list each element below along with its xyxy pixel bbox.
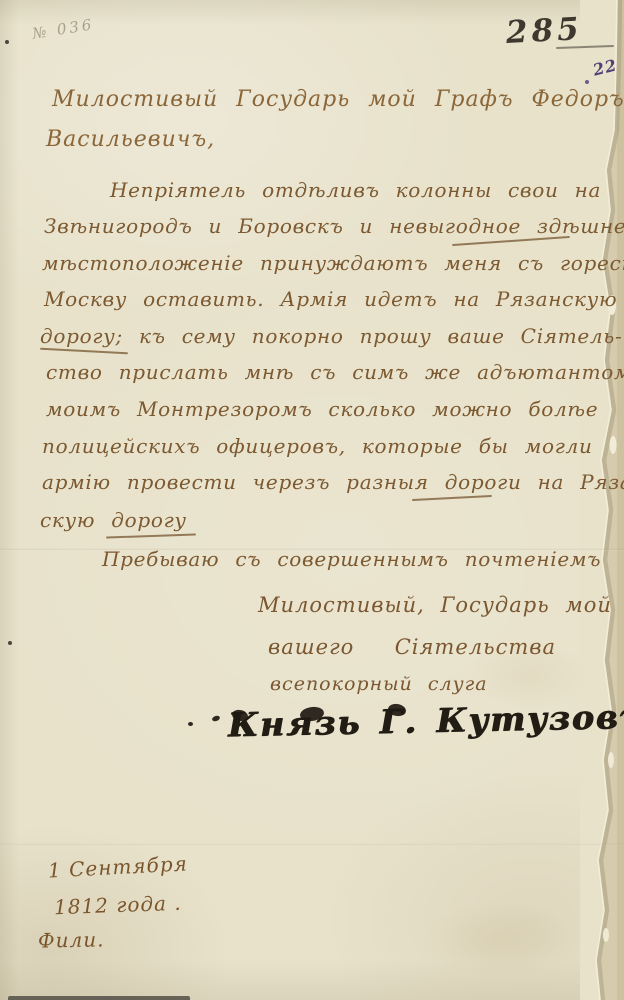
salutation-line: Милостивый Государь мой Графъ Федоръ: [52, 86, 586, 114]
speck: [8, 641, 12, 645]
fold-line: [0, 843, 624, 846]
valediction-line: вашего Сіятельства: [268, 634, 556, 660]
valediction-line: Милостивый, Государь мой: [258, 592, 564, 618]
body-line: скую дорогу: [40, 508, 187, 533]
date-line: 1 Сентября: [47, 851, 188, 883]
underline-stroke: [412, 495, 492, 501]
body-line: полицейскихъ офицеровъ, которые бы могли: [42, 434, 586, 459]
closing-line: Пребываю съ совершеннымъ почтеніемъ: [102, 547, 590, 572]
body-line: армію провести черезъ разныя дороги на Р…: [42, 470, 590, 495]
body-line: мѣстоположеніе принуждаютъ меня съ горес…: [42, 251, 588, 276]
speck: [5, 40, 9, 44]
date-line: Фили.: [38, 927, 105, 953]
body-line: моимъ Монтрезоромъ сколько можно болѣе: [46, 397, 584, 422]
ink-blot: [211, 715, 220, 722]
stain: [420, 900, 580, 980]
body-line: Непріятель отдѣливъ колонны свои на: [110, 178, 588, 203]
ink-blot: [188, 722, 193, 726]
torn-paper-edge: [580, 0, 624, 1000]
body-line: дорогу; къ сему покорно прошу ваше Сіяте…: [40, 324, 588, 349]
date-line: 1812 года .: [54, 891, 183, 920]
body-line: Звѣнигородъ и Боровскъ и невыгодное здѣш…: [44, 214, 586, 239]
body-line: ство прислать мнѣ съ симъ же адъютантомъ: [46, 360, 586, 385]
manuscript-page: № 036 285 22 Милостивый Государь мой Гра…: [0, 0, 624, 1000]
photo-background-sliver: [8, 996, 190, 1000]
body-line: Москву оставить. Армія идетъ на Рязанску…: [44, 287, 588, 312]
underline-stroke: [106, 533, 196, 538]
salutation-line: Васильевичъ,: [46, 126, 215, 154]
signature: Князь Г. Кутузовъ: [228, 696, 624, 746]
speck: [585, 80, 589, 84]
valediction-line: всепокорный слуга: [270, 673, 488, 697]
archive-number-pencil: № 036: [31, 15, 96, 43]
